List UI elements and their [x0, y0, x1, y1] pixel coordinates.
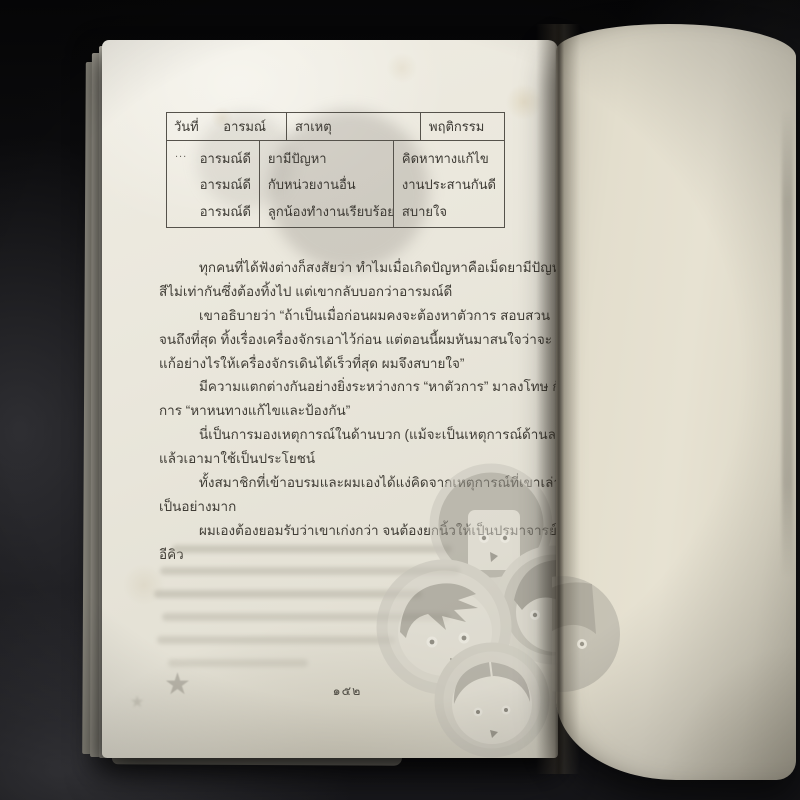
show-through-text-line: [168, 659, 308, 667]
table-cell-behavior: งานประสานกันดี: [394, 174, 504, 201]
table-cell-cause: ยามีปัญหา: [260, 148, 393, 175]
paragraph-line: นี่เป็นการมองเหตุการณ์ในด้านบวก (แม้จะเป…: [159, 423, 551, 447]
col-header-date: วันที่: [174, 116, 199, 137]
col-header-cause-label: สาเหตุ: [295, 116, 332, 137]
paragraph-line: จนถึงที่สุด ทิ้งเรื่องเครื่องจักรเอาไว้ก…: [159, 328, 551, 352]
table-cell-emotion: อารมณ์ดี: [167, 174, 259, 201]
table-col-cause: ยามีปัญหา กับหน่วยงานอื่น ลูกน้องทำงานเร…: [259, 141, 393, 228]
table-col-date-emotion: ... อารมณ์ดี อารมณ์ดี อารมณ์ดี: [167, 141, 259, 228]
paragraph-line: ทุกคนที่ได้ฟังต่างก็สงสัยว่า ทำไมเมื่อเก…: [159, 256, 551, 280]
col-header-behavior-label: พฤติกรรม: [429, 116, 484, 137]
table-body: ... อารมณ์ดี อารมณ์ดี อารมณ์ดี ยามีปัญหา…: [167, 141, 504, 228]
paragraph-line: เขาอธิบายว่า “ถ้าเป็นเมื่อก่อนผมคงจะต้อง…: [159, 304, 551, 328]
table-cell-cause: ลูกน้องทำงานเรียบร้อย: [260, 201, 393, 228]
table-header-date-emotion: วันที่ อารมณ์: [167, 116, 286, 137]
page-number: ๑๕๒: [102, 681, 558, 701]
table-cell: ... อารมณ์ดี: [167, 148, 259, 175]
book-right-page: [556, 24, 796, 780]
table-cell-behavior: คิดหาทางแก้ไข: [394, 148, 504, 175]
table-cell-cause: กับหน่วยงานอื่น: [260, 174, 393, 201]
paragraph-line: การ “หาหนทางแก้ไขและป้องกัน”: [159, 399, 551, 423]
face-watermarks-illustration: [372, 450, 558, 758]
col-header-emotion: อารมณ์: [223, 116, 266, 137]
paragraph-line: สีไม่เท่ากันซึ่งต้องทิ้งไป แต่เขากลับบอก…: [159, 280, 551, 304]
paragraph-line: แก้อย่างไรให้เครื่องจักรเดินได้เร็วที่สุ…: [159, 352, 551, 376]
emotion-log-table: วันที่ อารมณ์ สาเหตุ พฤติกรรม ... อารมณ์…: [166, 112, 505, 228]
book-left-page: วันที่ อารมณ์ สาเหตุ พฤติกรรม ... อารมณ์…: [102, 40, 558, 758]
table-cell-emotion: อารมณ์ดี: [167, 201, 259, 228]
table-col-behavior: คิดหาทางแก้ไข งานประสานกันดี สบายใจ: [393, 141, 504, 228]
table-header-row: วันที่ อารมณ์ สาเหตุ พฤติกรรม: [167, 113, 504, 141]
face-watermark-right-page: [552, 564, 632, 714]
col-header-behavior: พฤติกรรม: [420, 113, 504, 140]
table-cell-emotion: อารมณ์ดี: [200, 148, 251, 175]
paragraph-line: มีความแตกต่างกันอย่างยิ่งระหว่างการ “หาต…: [159, 375, 551, 399]
show-through-text-line: [157, 636, 395, 644]
photo-of-open-book: วันที่ อารมณ์ สาเหตุ พฤติกรรม ... อารมณ์…: [0, 0, 800, 800]
table-cell-behavior: สบายใจ: [394, 201, 504, 228]
fore-edge-highlight: [782, 108, 793, 578]
col-header-cause: สาเหตุ: [286, 113, 420, 140]
table-cell-date: ...: [175, 148, 187, 175]
